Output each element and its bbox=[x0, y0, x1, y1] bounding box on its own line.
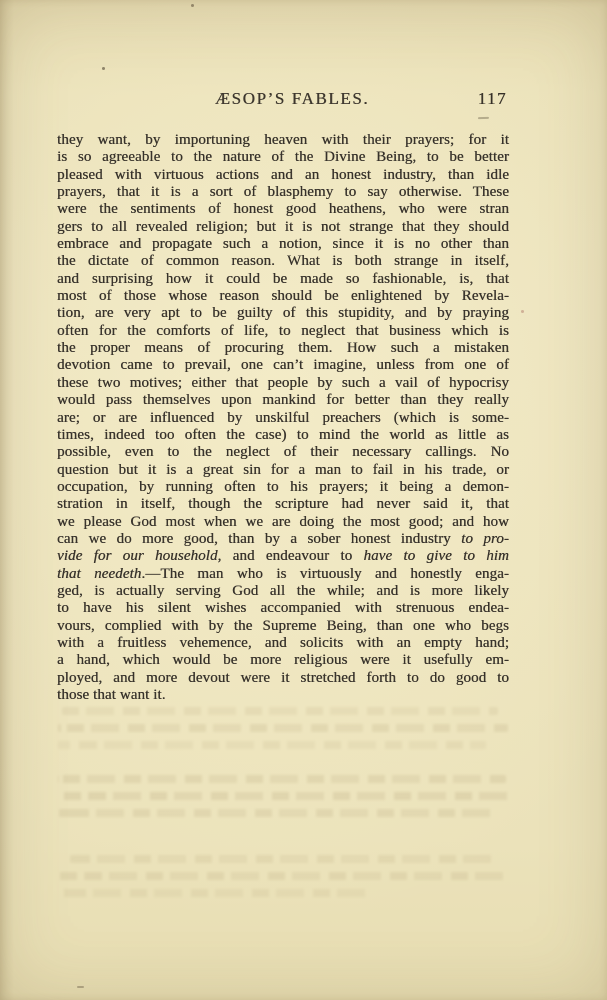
body-text: they want, by importuning heaven with th… bbox=[57, 132, 509, 704]
text-line: we please God most when we are doing the… bbox=[57, 514, 509, 531]
text-line: those that want it. bbox=[57, 687, 509, 704]
bleedthrough-line bbox=[62, 707, 498, 715]
book-page: ÆSOP’S FABLES. 117 they want, by importu… bbox=[0, 0, 607, 1000]
text-line: that needeth.—The man who is virtuously … bbox=[57, 566, 509, 583]
text-line: pleased with virtuous actions and an hon… bbox=[57, 167, 509, 184]
text-line: is so agreeable to the nature of the Div… bbox=[57, 149, 509, 166]
text-line: most of those whose reason should be enl… bbox=[57, 288, 509, 305]
text-line: were the sentiments of honest good heath… bbox=[57, 201, 509, 218]
text-line: embrace and propagate such a notion, sin… bbox=[57, 236, 509, 253]
text-line: question but it is a great sin for a man… bbox=[57, 462, 509, 479]
bleedthrough-line bbox=[58, 809, 498, 817]
text-line: often for the comforts of life, to negle… bbox=[57, 323, 509, 340]
bleedthrough-line bbox=[58, 775, 506, 783]
text-line: ged, is actually serving God all the whi… bbox=[57, 583, 509, 600]
bleedthrough-line bbox=[58, 872, 510, 880]
speck bbox=[102, 67, 105, 70]
text-line: a hand, which would be more religious we… bbox=[57, 652, 509, 669]
bleedthrough-line bbox=[58, 889, 368, 897]
text-line: tion, are very apt to be guilty of this … bbox=[57, 305, 509, 322]
text-line: vours, complied with by the Supreme Bein… bbox=[57, 618, 509, 635]
running-header: ÆSOP’S FABLES. 117 bbox=[57, 89, 509, 113]
bleedthrough-line bbox=[70, 855, 500, 863]
text-line: they want, by importuning heaven with th… bbox=[57, 132, 509, 149]
text-line: would pass themselves upon mankind for b… bbox=[57, 392, 509, 409]
text-line: to have his silent wishes accompanied wi… bbox=[57, 600, 509, 617]
ink-dash-mark bbox=[478, 117, 489, 119]
bleedthrough-line bbox=[58, 741, 486, 749]
text-line: can we do more good, than by a sober hon… bbox=[57, 531, 509, 548]
text-line: prayers, that it is a sort of blasphemy … bbox=[57, 184, 509, 201]
bleedthrough-line bbox=[58, 792, 510, 800]
page-number: 117 bbox=[478, 89, 507, 109]
speck bbox=[521, 310, 524, 313]
text-line: gers to all revealed religion; but it is… bbox=[57, 219, 509, 236]
text-line: and surprising how it could be made so f… bbox=[57, 271, 509, 288]
text-line: the proper means of procuring them. How … bbox=[57, 340, 509, 357]
bleedthrough-line bbox=[58, 724, 508, 732]
page-edge-shading bbox=[0, 0, 14, 1000]
speck bbox=[77, 986, 84, 988]
text-line: with a fruitless vehemence, and solicits… bbox=[57, 635, 509, 652]
header-title: ÆSOP’S FABLES. bbox=[66, 89, 518, 109]
text-line: possible, even to the neglect of their n… bbox=[57, 444, 509, 461]
text-line: times, indeed too often the case) to min… bbox=[57, 427, 509, 444]
text-line: devotion came to prevail, one can’t imag… bbox=[57, 357, 509, 374]
text-line: vide for our household, and endeavour to… bbox=[57, 548, 509, 565]
speck bbox=[191, 4, 194, 7]
text-line: are; or are influenced by unskilful prea… bbox=[57, 410, 509, 427]
text-line: stration in itself, though the scripture… bbox=[57, 496, 509, 513]
text-line: occupation, by running often to his pray… bbox=[57, 479, 509, 496]
text-line: these two motives; either that people by… bbox=[57, 375, 509, 392]
text-line: the dictate of common reason. What is bo… bbox=[57, 253, 509, 270]
text-line: ployed, and more devout were it stretche… bbox=[57, 670, 509, 687]
